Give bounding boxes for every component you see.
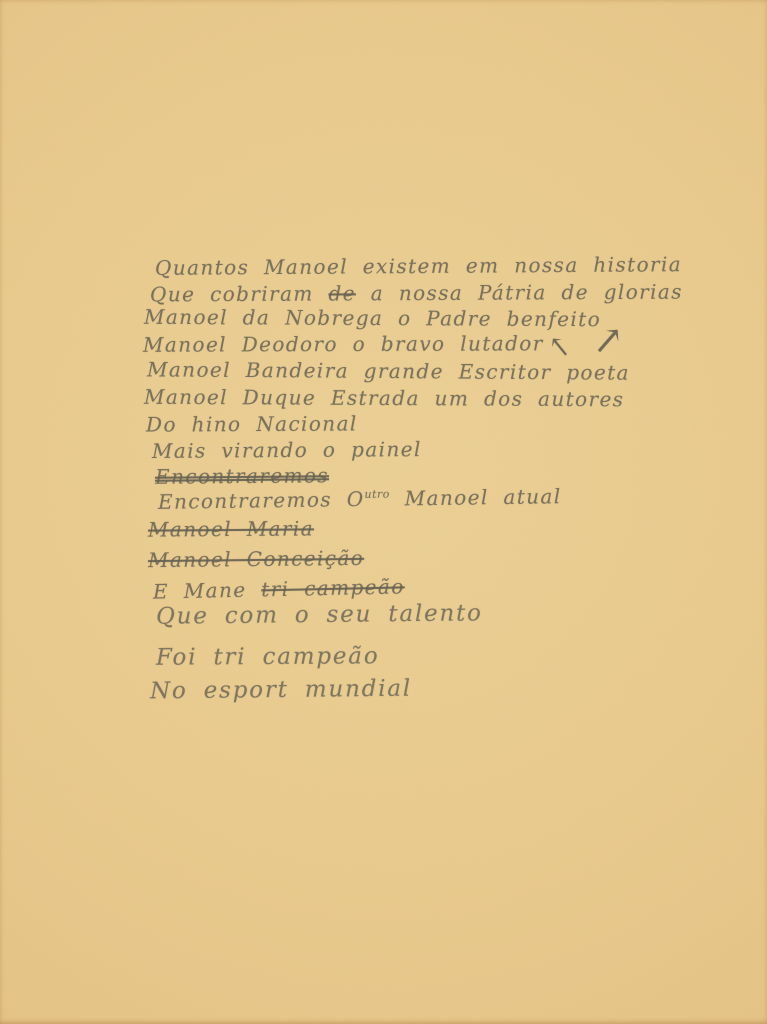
handwritten-line: Mais virando o painel bbox=[152, 437, 422, 463]
inserted-superscript-text: utro bbox=[364, 487, 390, 500]
handwritten-line: Encontraremos Outro Manoel atual bbox=[158, 484, 562, 514]
line-text: a nossa Pátria de glorias bbox=[356, 280, 683, 306]
handwritten-line: Manoel Conceição bbox=[148, 546, 364, 572]
struck-words: tri campeão bbox=[261, 574, 405, 601]
handwritten-line: Encontraremos bbox=[155, 463, 329, 489]
handwritten-line: Que com o seu talento bbox=[156, 600, 483, 629]
line-text: Encontraremos O bbox=[158, 487, 365, 514]
line-text: Mais virando o painel bbox=[152, 437, 422, 463]
struck-line-text: Encontraremos bbox=[155, 463, 329, 489]
handwritten-line: Do hino Nacional bbox=[146, 411, 358, 436]
handwritten-line: Foi tri campeão bbox=[156, 643, 380, 671]
handwritten-line: Manoel Duque Estrada um dos autores bbox=[144, 385, 625, 412]
handwritten-poem: Quantos Manoel existem em nossa historia… bbox=[0, 0, 767, 1024]
handwritten-line: Manoel Deodoro o bravo lutador bbox=[143, 331, 544, 356]
line-text: Manoel da Nobrega o Padre benfeito bbox=[144, 305, 601, 331]
line-text: Que com o seu talento bbox=[156, 600, 483, 629]
struck-word: de bbox=[328, 281, 356, 305]
line-text: Manoel Deodoro o bravo lutador bbox=[143, 331, 544, 356]
paper-sheet: Quantos Manoel existem em nossa historia… bbox=[0, 0, 767, 1024]
line-text: Manoel atual bbox=[390, 484, 562, 510]
line-text: Do hino Nacional bbox=[146, 411, 358, 436]
struck-line-text: Manoel Conceição bbox=[148, 546, 364, 572]
struck-line-text: Manoel Maria bbox=[148, 516, 314, 541]
handwritten-line: No esport mundial bbox=[150, 676, 412, 705]
line-text: Manoel Duque Estrada um dos autores bbox=[144, 385, 625, 412]
line-text: No esport mundial bbox=[150, 676, 412, 705]
line-text: Quantos Manoel existem em nossa historia bbox=[155, 252, 682, 280]
handwritten-line: Manoel Maria bbox=[148, 516, 314, 541]
handwritten-line: Que cobriram de a nossa Pátria de gloria… bbox=[150, 280, 683, 307]
line-text: Que cobriram bbox=[150, 281, 329, 306]
line-text: Foi tri campeão bbox=[156, 643, 380, 671]
handwritten-line: E Mane tri campeão bbox=[153, 574, 405, 603]
correction-arrow-up-left-icon: ↖ bbox=[546, 329, 573, 364]
correction-arrow-up-right-icon: ↗ bbox=[591, 317, 626, 363]
handwritten-line: Manoel da Nobrega o Padre benfeito bbox=[144, 305, 601, 331]
line-text: E Mane bbox=[153, 577, 262, 603]
handwritten-line: Quantos Manoel existem em nossa historia bbox=[155, 252, 682, 280]
